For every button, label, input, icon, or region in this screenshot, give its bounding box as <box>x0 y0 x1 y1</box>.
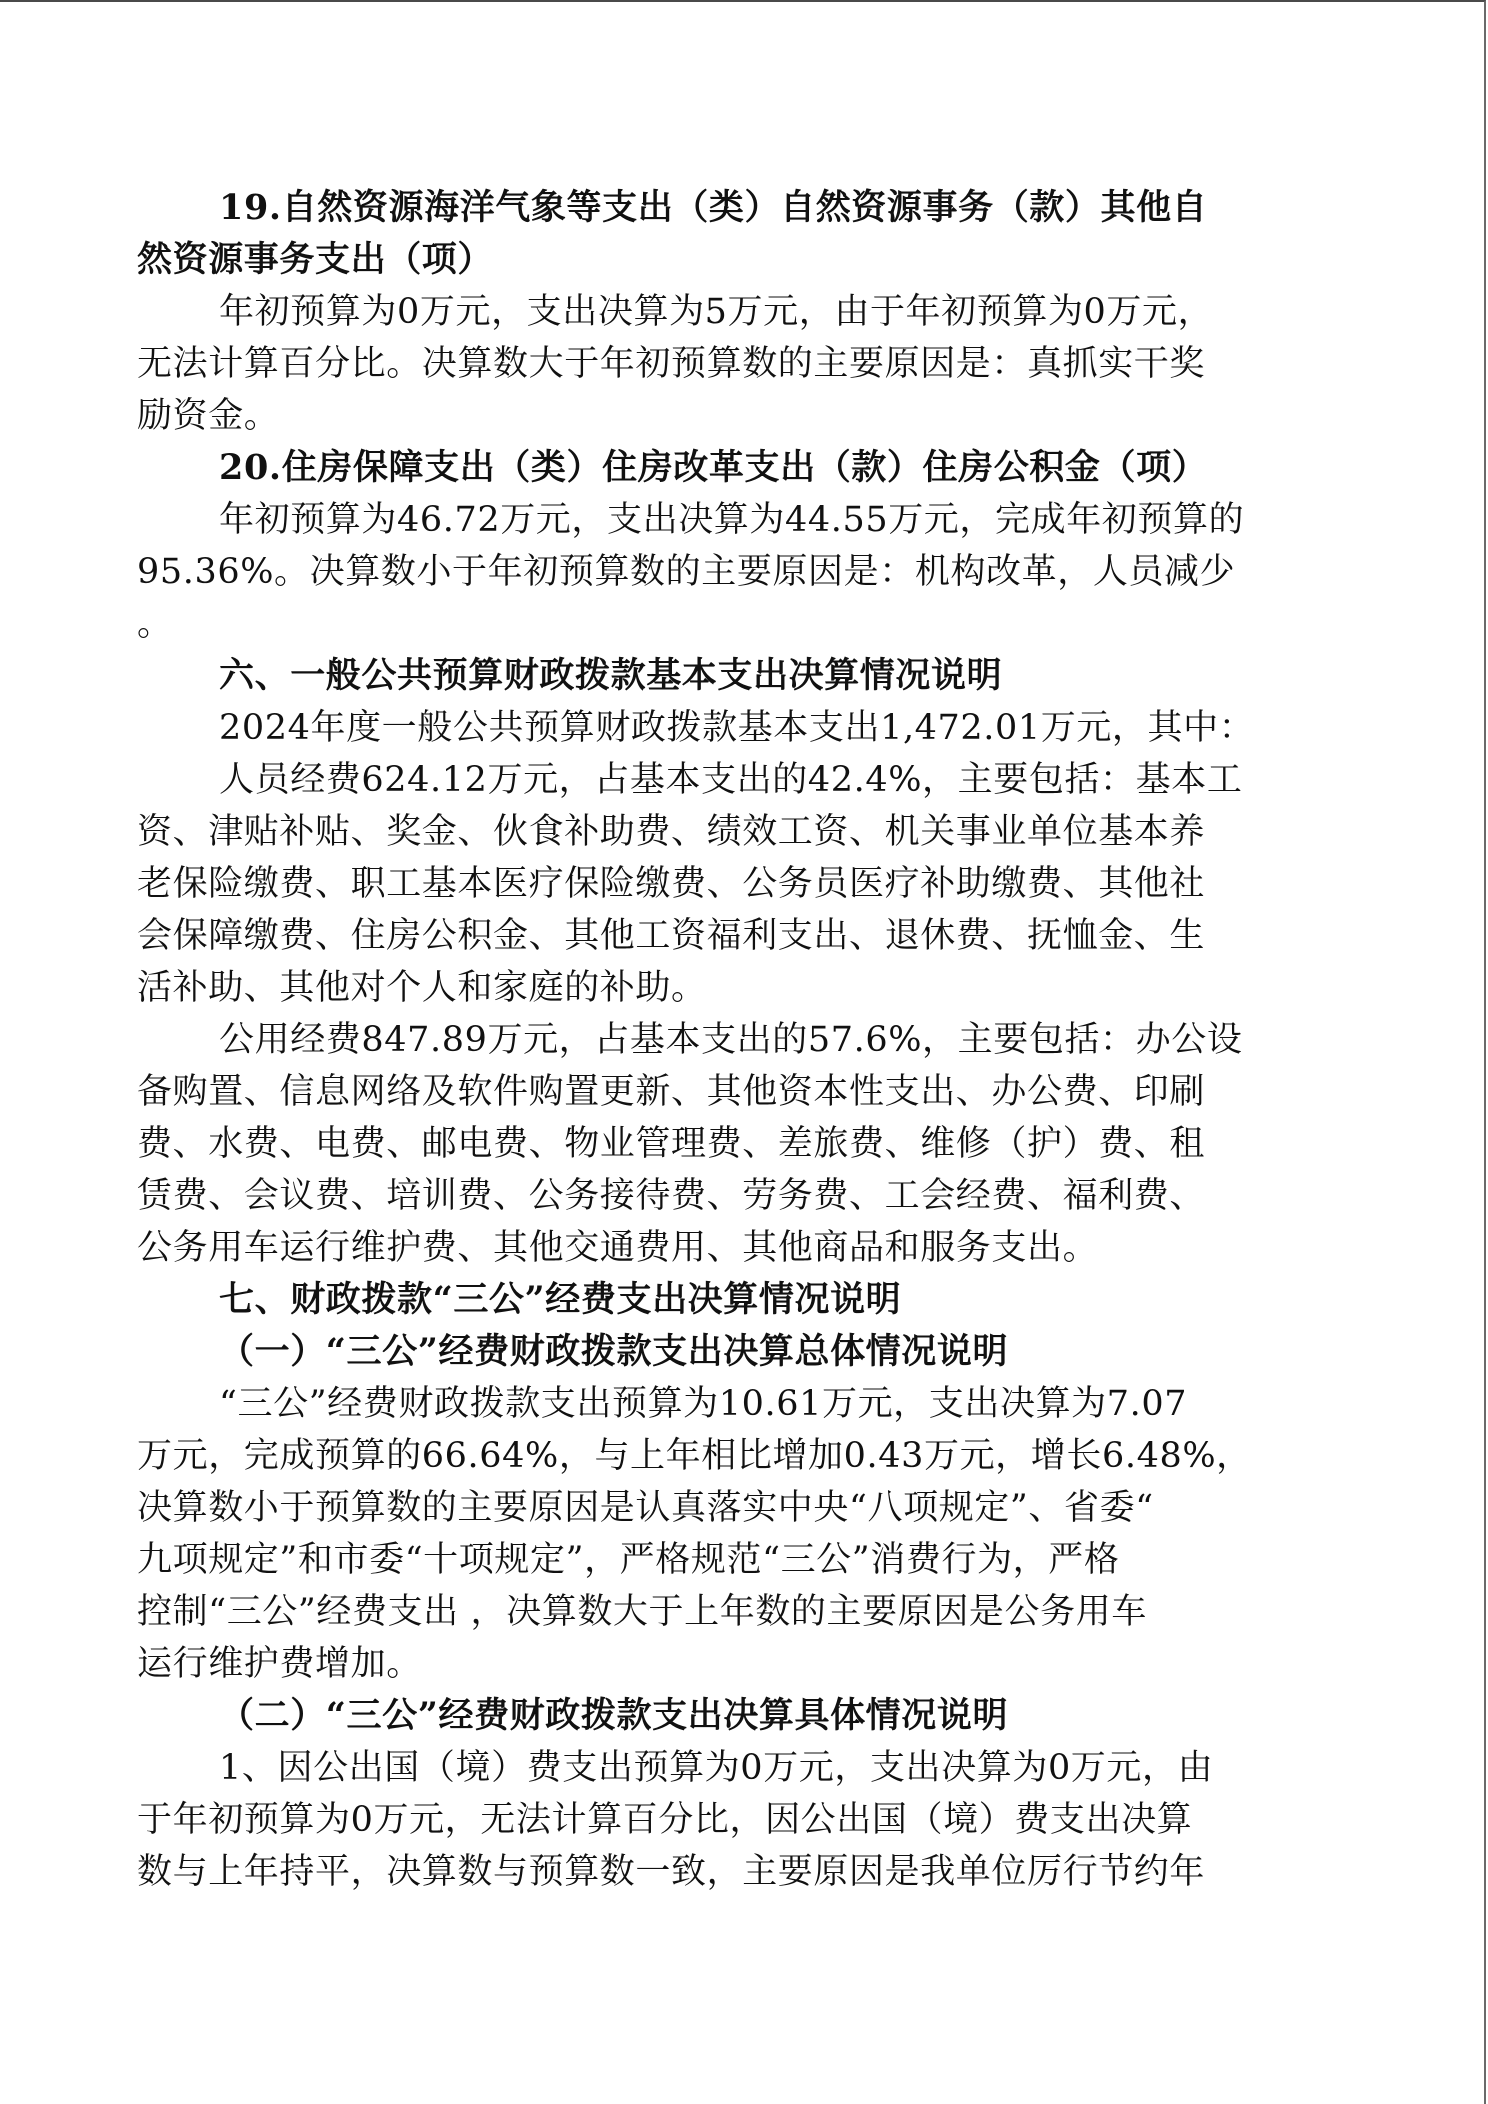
section-6-personnel-line-5: 活补助、其他对个人和家庭的补助。 <box>137 962 1337 1014</box>
section-7-2-subheading: （二）“三公”经费财政拨款支出决算具体情况说明 <box>137 1690 1337 1742</box>
section-6-personnel-line-4: 会保障缴费、住房公积金、其他工资福利支出、退休费、抚恤金、生 <box>137 910 1337 962</box>
section-6-public-line-2: 备购置、信息网络及软件购置更新、其他资本性支出、办公费、印刷 <box>137 1066 1337 1118</box>
section-7-2-body-line-2: 于年初预算为0万元，无法计算百分比，因公出国（境）费支出决算 <box>137 1794 1337 1846</box>
document-page: 19.自然资源海洋气象等支出（类）自然资源事务（款）其他自 然资源事务支出（项）… <box>0 0 1486 2104</box>
document-body: 19.自然资源海洋气象等支出（类）自然资源事务（款）其他自 然资源事务支出（项）… <box>137 182 1337 1898</box>
section-7-1-body-line-6: 运行维护费增加。 <box>137 1638 1337 1690</box>
item-19-body-line-2: 无法计算百分比。决算数大于年初预算数的主要原因是：真抓实干奖 <box>137 338 1337 390</box>
item-19-body-line-1: 年初预算为0万元，支出决算为5万元，由于年初预算为0万元， <box>137 286 1337 338</box>
section-7-2-body-line-3: 数与上年持平，决算数与预算数一致，主要原因是我单位厉行节约年 <box>137 1846 1337 1898</box>
section-7-heading: 七、财政拨款“三公”经费支出决算情况说明 <box>137 1274 1337 1326</box>
section-7-1-body-line-3: 决算数小于预算数的主要原因是认真落实中央“八项规定”、省委“ <box>137 1482 1337 1534</box>
item-20-heading: 20.住房保障支出（类）住房改革支出（款）住房公积金（项） <box>137 442 1337 494</box>
section-6-heading: 六、一般公共预算财政拨款基本支出决算情况说明 <box>137 650 1337 702</box>
section-7-1-body-line-5: 控制“三公”经费支出 ，决算数大于上年数的主要原因是公务用车 <box>137 1586 1337 1638</box>
section-6-public-line-5: 公务用车运行维护费、其他交通费用、其他商品和服务支出。 <box>137 1222 1337 1274</box>
section-6-personnel-line-2: 资、津贴补贴、奖金、伙食补助费、绩效工资、机关事业单位基本养 <box>137 806 1337 858</box>
item-19-body-line-3: 励资金。 <box>137 390 1337 442</box>
section-7-1-body-line-2: 万元，完成预算的66.64%，与上年相比增加0.43万元，增长6.48%， <box>137 1430 1337 1482</box>
section-6-personnel-line-3: 老保险缴费、职工基本医疗保险缴费、公务员医疗补助缴费、其他社 <box>137 858 1337 910</box>
section-7-1-body-line-1: “三公”经费财政拨款支出预算为10.61万元，支出决算为7.07 <box>137 1378 1337 1430</box>
section-6-public-line-1: 公用经费847.89万元，占基本支出的57.6%，主要包括：办公设 <box>137 1014 1337 1066</box>
item-19-heading-line-1: 19.自然资源海洋气象等支出（类）自然资源事务（款）其他自 <box>137 182 1337 234</box>
item-20-body-line-3: 。 <box>137 598 1337 650</box>
section-7-2-body-line-1: 1、因公出国（境）费支出预算为0万元，支出决算为0万元，由 <box>137 1742 1337 1794</box>
section-6-public-line-3: 费、水费、电费、邮电费、物业管理费、差旅费、维修（护）费、租 <box>137 1118 1337 1170</box>
section-6-public-line-4: 赁费、会议费、培训费、公务接待费、劳务费、工会经费、福利费、 <box>137 1170 1337 1222</box>
section-6-personnel-line-1: 人员经费624.12万元，占基本支出的42.4%，主要包括：基本工 <box>137 754 1337 806</box>
section-7-1-subheading: （一）“三公”经费财政拨款支出决算总体情况说明 <box>137 1326 1337 1378</box>
item-19-heading-line-2: 然资源事务支出（项） <box>137 234 1337 286</box>
section-7-1-body-line-4: 九项规定”和市委“十项规定”，严格规范“三公”消费行为，严格 <box>137 1534 1337 1586</box>
item-20-body-line-2: 95.36%。决算数小于年初预算数的主要原因是：机构改革，人员减少 <box>137 546 1337 598</box>
section-6-total-line: 2024年度一般公共预算财政拨款基本支出1,472.01万元，其中： <box>137 702 1337 754</box>
item-20-body-line-1: 年初预算为46.72万元，支出决算为44.55万元，完成年初预算的 <box>137 494 1337 546</box>
